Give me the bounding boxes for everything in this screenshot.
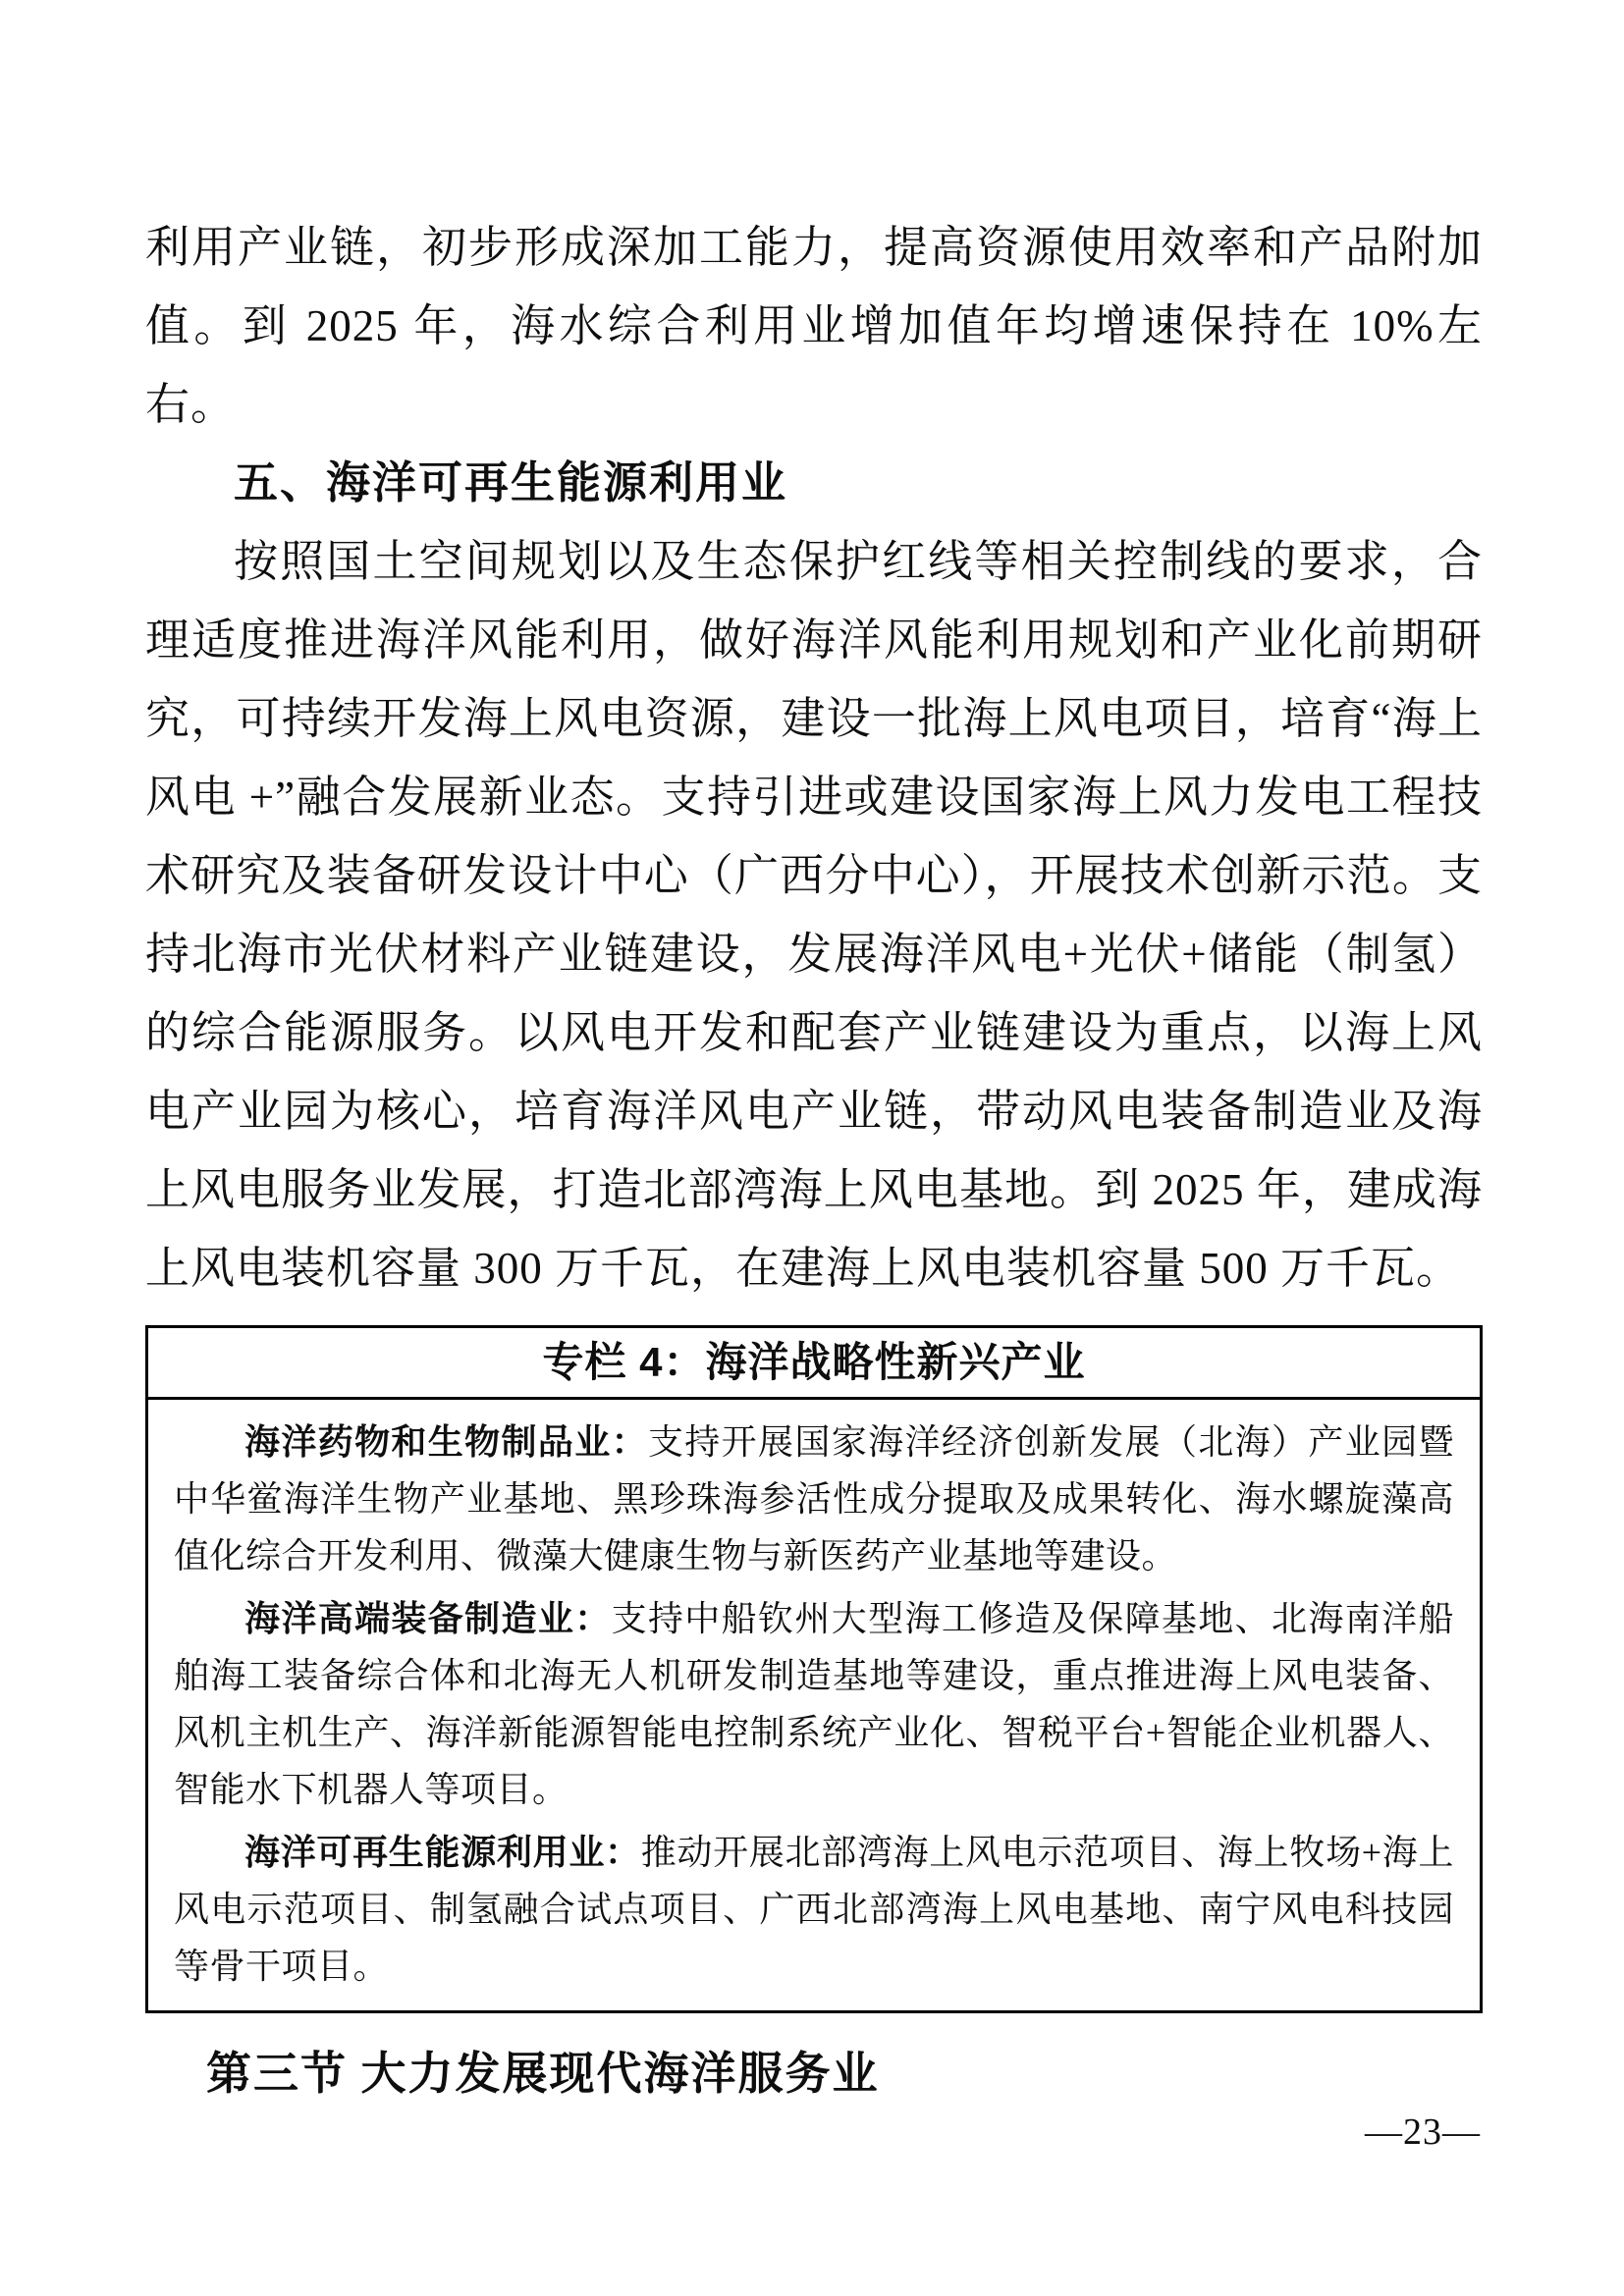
box-paragraph-renewable-energy-label: 海洋可再生能源利用业： [244,1833,641,1872]
box-paragraph-highend-equipment: 海洋高端装备制造业：支持中船钦州大型海工修造及保障基地、北海南洋船舶海工装备综合… [174,1590,1454,1818]
column-box-title: 专栏 4：海洋战略性新兴产业 [148,1328,1480,1400]
column-box-4: 专栏 4：海洋战略性新兴产业 海洋药物和生物制品业：支持开展国家海洋经济创新发展… [145,1325,1483,2013]
box-paragraph-renewable-energy: 海洋可再生能源利用业：推动开展北部湾海上风电示范项目、海上牧场+海上风电示范项目… [174,1824,1454,1995]
column-box-body: 海洋药物和生物制品业：支持开展国家海洋经济创新发展（北海）产业园暨中华鲎海洋生物… [148,1400,1480,2010]
box-paragraph-marine-biopharma-label: 海洋药物和生物制品业： [244,1422,648,1462]
box-paragraph-highend-equipment-label: 海洋高端装备制造业： [244,1599,612,1638]
page-number: —23— [1365,2110,1481,2154]
heading-marine-renewable-energy: 五、海洋可再生能源利用业 [145,444,1483,522]
page-content: 利用产业链，初步形成深加工能力，提高资源使用效率和产品附加值。到 2025 年，… [145,208,1483,2106]
box-paragraph-marine-biopharma: 海洋药物和生物制品业：支持开展国家海洋经济创新发展（北海）产业园暨中华鲎海洋生物… [174,1414,1454,1584]
heading-modern-marine-services: 第三节 大力发展现代海洋服务业 [206,2043,1483,2106]
paragraph-marine-renewable-energy: 按照国土空间规划以及生态保护红线等相关控制线的要求，合理适度推进海洋风能利用，做… [145,522,1483,1308]
paragraph-seawater-utilization: 利用产业链，初步形成深加工能力，提高资源使用效率和产品附加值。到 2025 年，… [145,208,1483,444]
document-page: 利用产业链，初步形成深加工能力，提高资源使用效率和产品附加值。到 2025 年，… [0,0,1624,2296]
